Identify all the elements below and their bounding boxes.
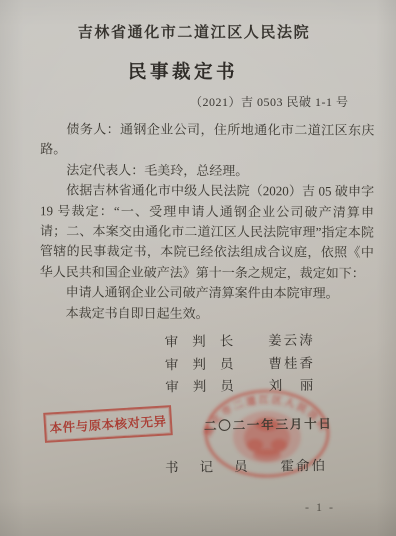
signature-presiding-judge: 审判长姜云涛 <box>165 329 385 354</box>
paragraph-ruling: 申请人通钢企业公司破产清算案件由本院审理。 <box>40 283 374 305</box>
document-title: 民事裁定书 <box>0 58 366 84</box>
signature-judge-2: 审判员曹桂香 <box>165 351 385 376</box>
ruling-body: 债务人：通钢企业公司，住所地通化市二道江区东庆路。 法定代表人：毛美玲，总经理。… <box>40 119 375 325</box>
judge-name: 姜云涛 <box>268 333 315 349</box>
paragraph-effective: 本裁定书自即日起生效。 <box>40 303 374 325</box>
ruling-date: 二〇二一年三月十日 <box>204 414 333 435</box>
judge-role: 审判员 <box>165 356 248 372</box>
paragraph-legal-representative: 法定代表人：毛美玲，总经理。 <box>40 160 374 182</box>
signature-block: 审判长姜云涛 审判员曹桂香 审判员刘 丽 <box>165 329 386 399</box>
paragraph-basis: 依据吉林省通化市中级人民法院（2020）吉 05 破申字 19 号裁定：“一、受… <box>40 180 374 283</box>
clerk-name: 霍俞伯 <box>280 458 327 474</box>
judge-role: 审判长 <box>165 333 248 349</box>
clerk-role: 书记员 <box>165 459 269 475</box>
court-name-header: 吉林省通化市二道江区人民法院 <box>0 21 388 42</box>
page-number: - 1 - <box>305 500 335 515</box>
judge-name: 刘 丽 <box>269 378 316 394</box>
paragraph-debtor: 债务人：通钢企业公司，住所地通化市二道江区东庆路。 <box>40 119 374 161</box>
case-number: （2021）吉 0503 民破 1-1 号 <box>190 93 349 110</box>
scanned-court-document: 吉林省通化市二道江区人民法院 民事裁定书 （2021）吉 0503 民破 1-1… <box>0 0 396 536</box>
judge-name: 曹桂香 <box>268 355 315 371</box>
judge-role: 审判员 <box>165 379 248 395</box>
signature-judge-3: 审判员刘 丽 <box>165 374 385 399</box>
clerk-signature: 书记员霍俞伯 <box>165 454 327 476</box>
verification-stamp: 本件与原本核对无异 <box>43 405 173 443</box>
